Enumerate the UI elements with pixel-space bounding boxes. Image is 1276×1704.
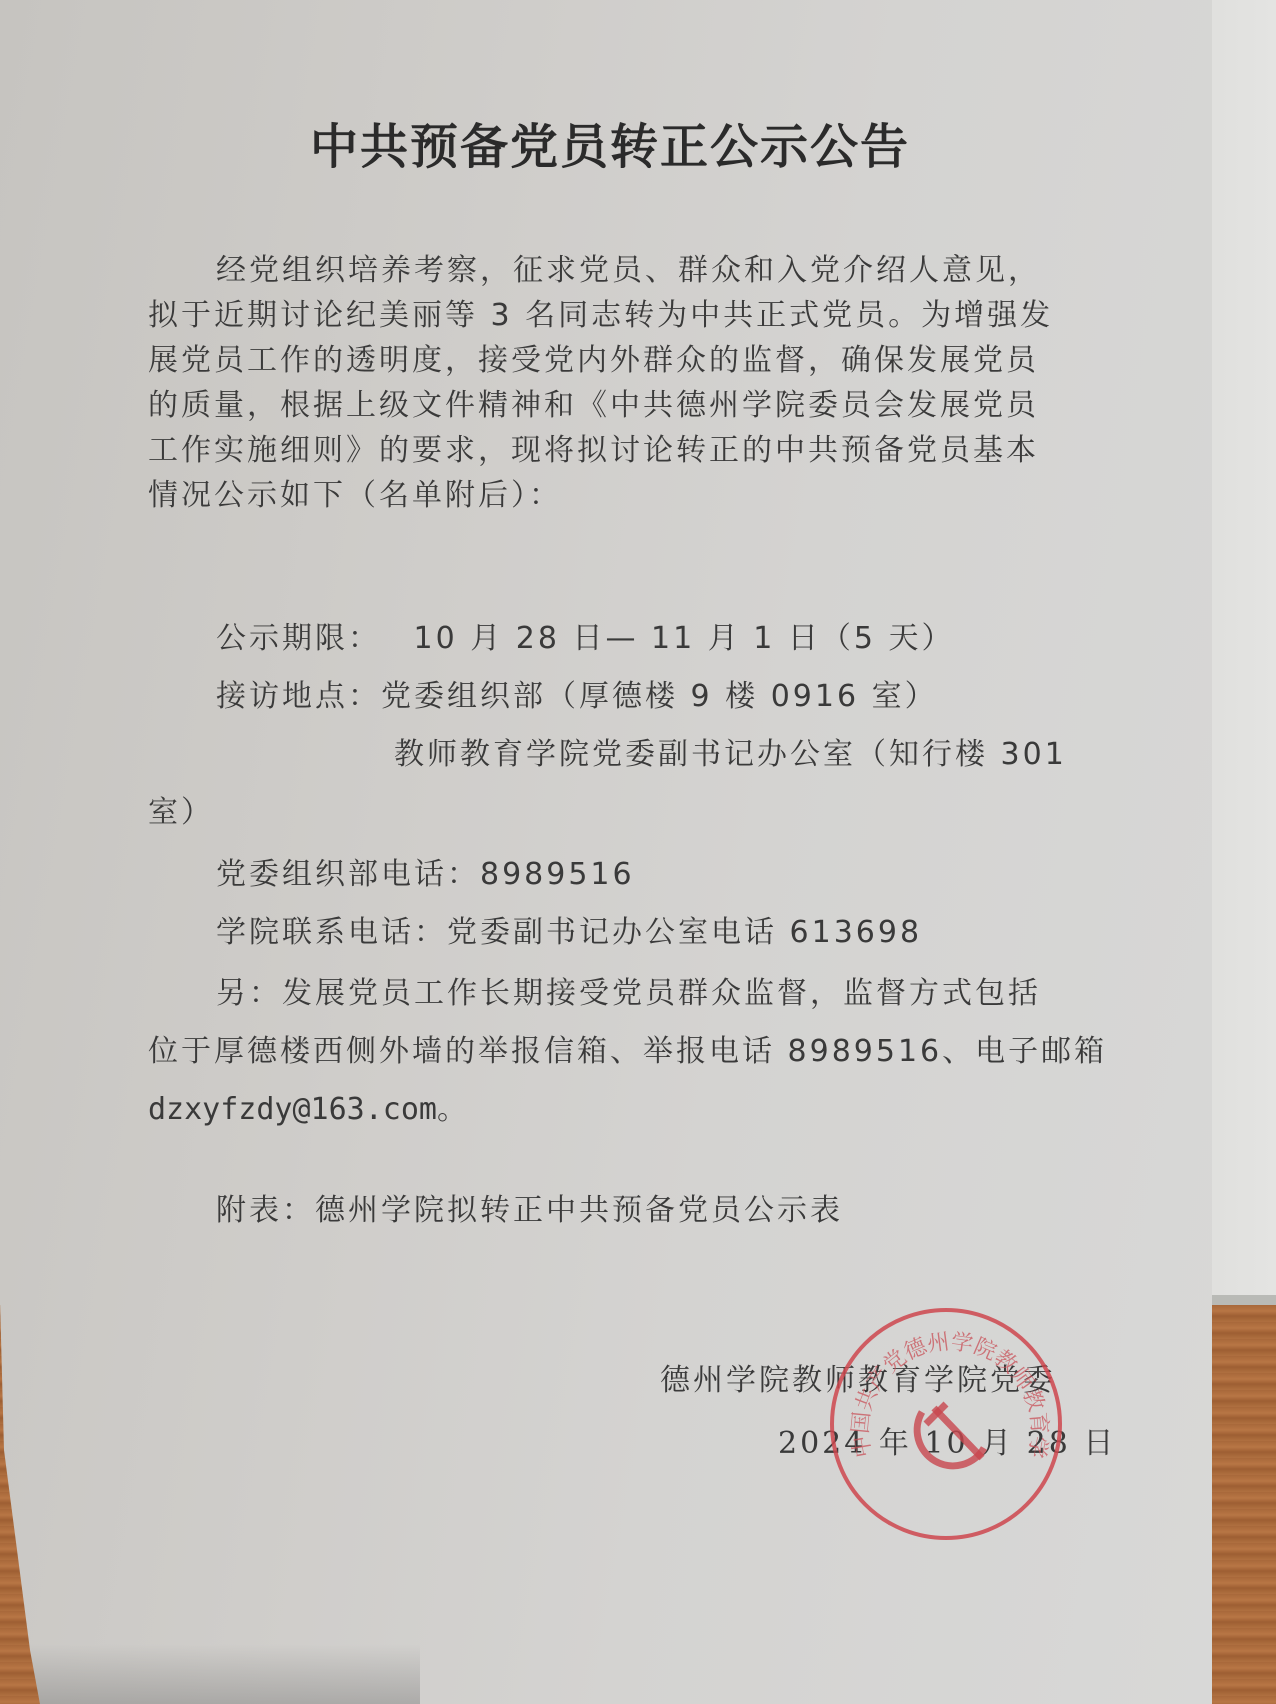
intro-line: 情况公示如下（名单附后）：: [148, 473, 1078, 518]
org-dept-phone-label: 党委组织部电话：: [216, 857, 480, 892]
supervision-note: 另：发展党员工作长期接受党员群众监督，监督方式包括 位于厚德楼西侧外墙的举报信箱…: [148, 965, 1078, 1139]
attachment-note: 附表：德州学院拟转正中共预备党员公示表: [148, 1188, 1078, 1233]
org-dept-phone: 党委组织部电话：8989516: [148, 846, 1078, 904]
reception-location-2: 教师教育学院党委副书记办公室（知行楼 301: [148, 726, 1078, 784]
intro-line: 经党组织培养考察，征求党员、群众和入党介绍人意见，: [148, 248, 1078, 293]
org-dept-phone-value: 8989516: [480, 857, 635, 892]
intro-line: 拟于近期讨论纪美丽等 3 名同志转为中共正式党员。为增强发: [148, 293, 1078, 338]
attachment-line: 附表：德州学院拟转正中共预备党员公示表: [148, 1188, 1078, 1233]
announcement-info: 公示期限： 10 月 28 日— 11 月 1 日（5 天） 接访地点：党委组织…: [148, 610, 1078, 842]
notice-title: 中共预备党员转正公示公告: [0, 108, 1220, 177]
note-email-line: dzxyfzdy@163.com。: [148, 1081, 1078, 1139]
reception-location-value-1: 党委组织部（厚德楼 9 楼 0916 室）: [381, 679, 938, 714]
party-emblem-icon: [917, 1404, 984, 1466]
note-line: 另：发展党员工作长期接受党员群众监督，监督方式包括: [148, 965, 1078, 1023]
intro-line: 的质量，根据上级文件精神和《中共德州学院委员会发展党员: [148, 383, 1078, 428]
notice-paper: 中共预备党员转正公示公告 经党组织培养考察，征求党员、群众和入党介绍人意见， 拟…: [0, 0, 1212, 1704]
announcement-period-label: 公示期限：: [216, 621, 381, 656]
official-seal-icon: 中国共产党德州学院教师教育学院委员会: [830, 1308, 1062, 1540]
svg-text:中国共产党德州学院教师教育学院委员会: 中国共产党德州学院教师教育学院委员会: [834, 1312, 1052, 1460]
intro-line: 展党员工作的透明度，接受党内外群众的监督，确保发展党员: [148, 338, 1078, 383]
announcement-period: 公示期限： 10 月 28 日— 11 月 1 日（5 天）: [148, 610, 1078, 668]
announcement-period-value: 10 月 28 日— 11 月 1 日（5 天）: [394, 621, 955, 656]
contact-info: 党委组织部电话：8989516 学院联系电话：党委副书记办公室电话 613698: [148, 846, 1078, 962]
intro-paragraph: 经党组织培养考察，征求党员、群众和入党介绍人意见， 拟于近期讨论纪美丽等 3 名…: [148, 248, 1078, 518]
reception-location: 接访地点：党委组织部（厚德楼 9 楼 0916 室）: [148, 668, 1078, 726]
reception-location-2-wrap: 室）: [148, 784, 1078, 842]
seal-text: 中国共产党德州学院教师教育学院委员会: [834, 1312, 1052, 1460]
college-phone-value: 党委副书记办公室电话 613698: [447, 915, 922, 950]
college-phone: 学院联系电话：党委副书记办公室电话 613698: [148, 904, 1078, 962]
paper-shadow: [0, 1644, 420, 1704]
note-line: 位于厚德楼西侧外墙的举报信箱、举报电话 8989516、电子邮箱: [148, 1023, 1078, 1081]
reception-location-label: 接访地点：: [216, 679, 381, 714]
seal-graphic: 中国共产党德州学院教师教育学院委员会: [834, 1312, 1066, 1544]
intro-line: 工作实施细则》的要求，现将拟讨论转正的中共预备党员基本: [148, 428, 1078, 473]
college-phone-label: 学院联系电话：: [216, 915, 447, 950]
